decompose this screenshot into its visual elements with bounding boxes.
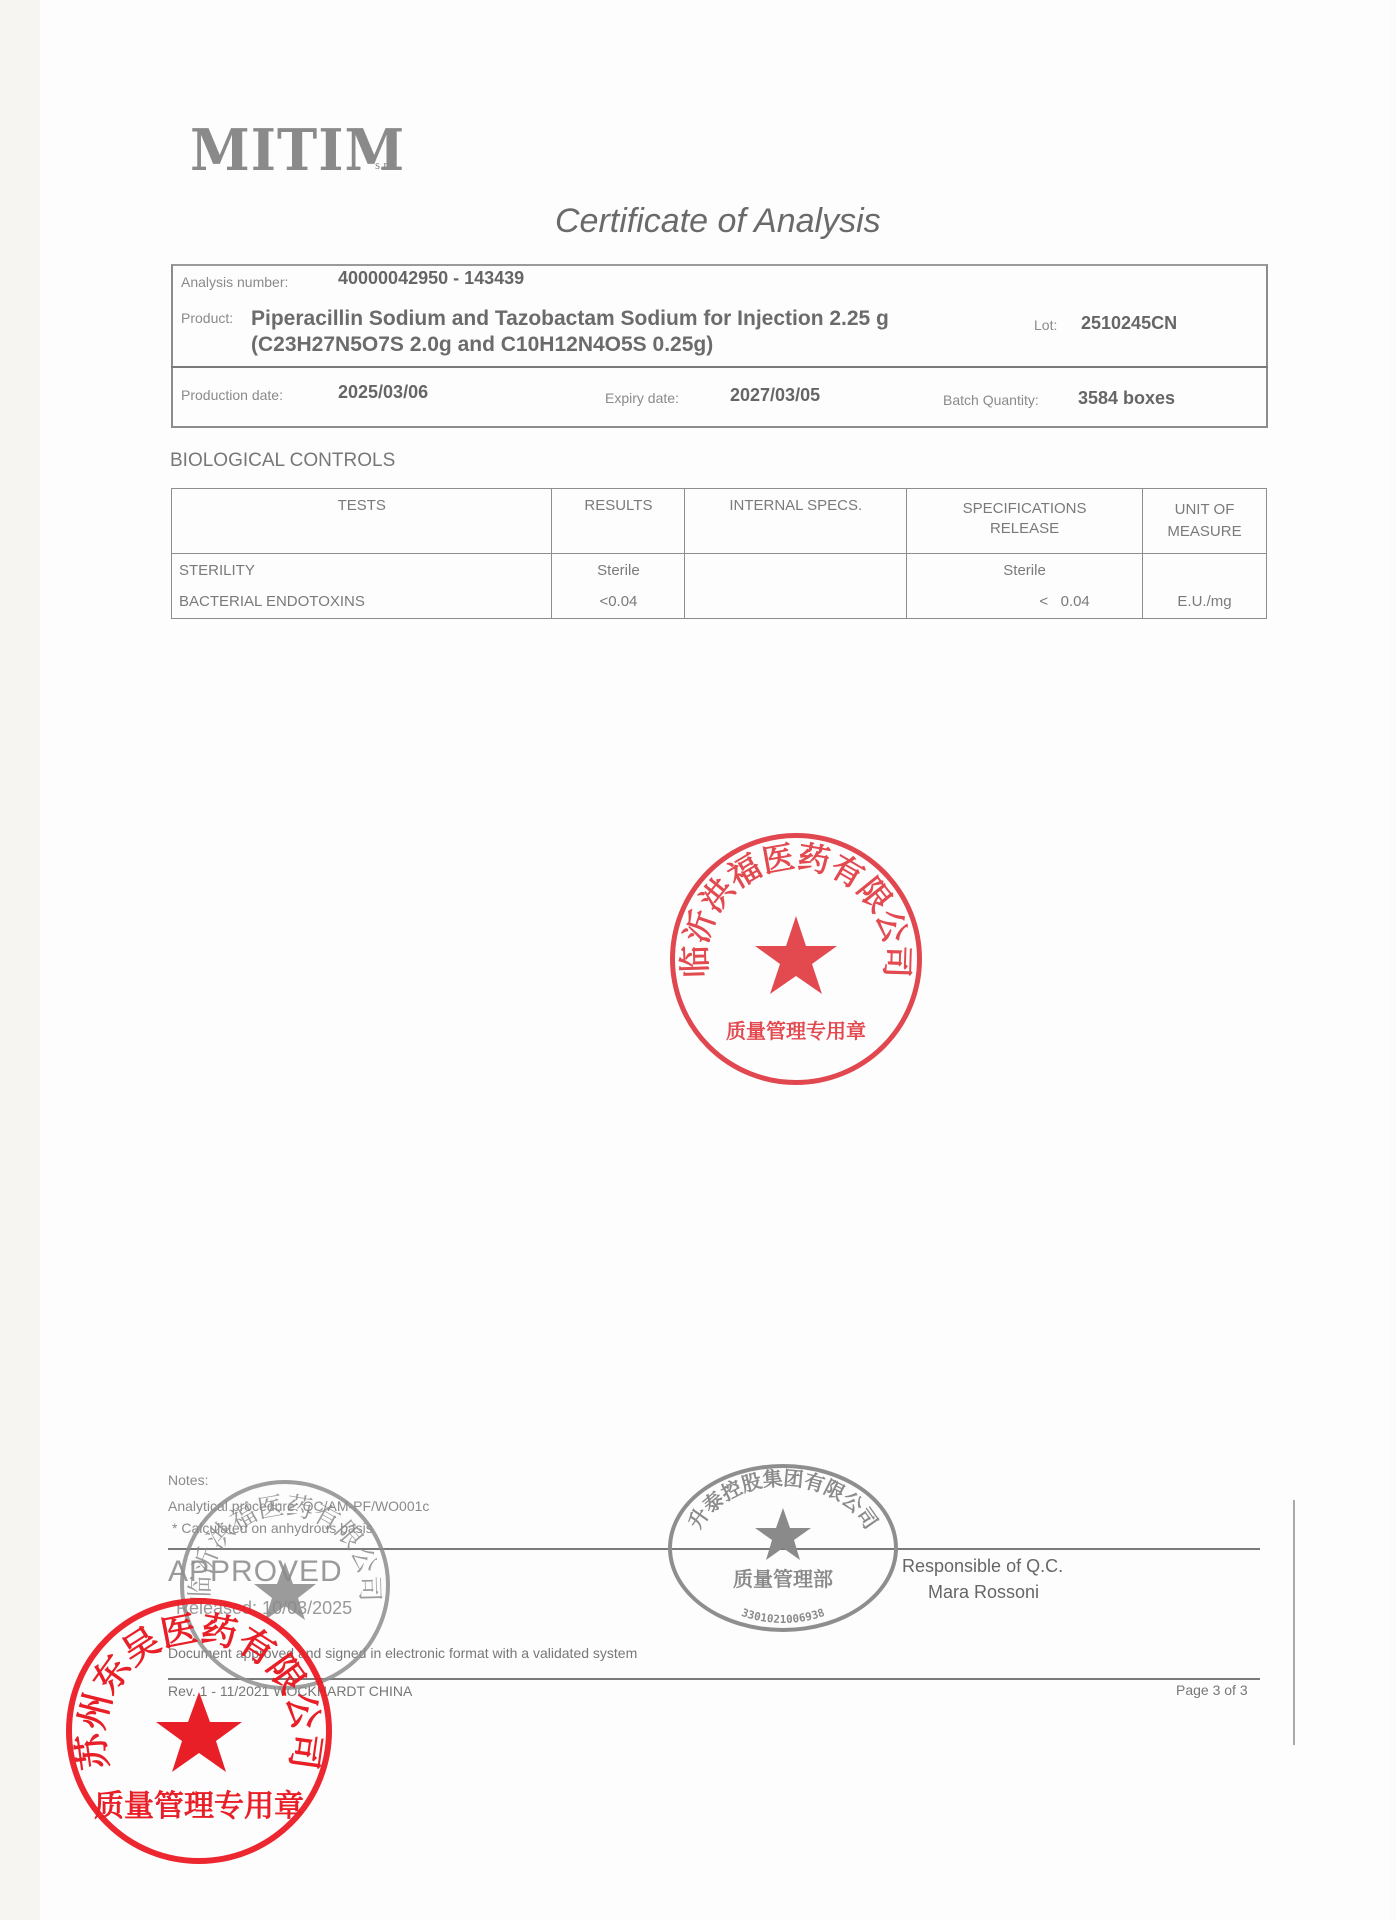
table-row: STERILITY BACTERIAL ENDOTOXINS Sterile <… [172,554,1267,619]
page-number: Page 3 of 3 [1176,1682,1248,1698]
test-name: STERILITY [179,555,550,586]
batch-quantity-label: Batch Quantity: [943,392,1039,408]
spec-release-value: < 0.04 [908,586,1141,617]
scan-edge [0,0,40,1920]
col-tests: TESTS [172,489,552,554]
expiry-date: 2027/03/05 [730,385,820,406]
seal-star-icon: 升泰控股集团有限公司 质量管理部 3301021006938 [672,1468,894,1628]
unit-value: E.U./mg [1144,586,1265,617]
svg-text:3301021006938: 3301021006938 [740,1606,827,1626]
lot-label: Lot: [1034,317,1057,333]
lot-number: 2510245CN [1081,313,1177,334]
seal-star-icon: 临沂洪福医药有限公司 质量管理专用章 [675,838,917,1080]
product-formula: (C23H27N5O7S 2.0g and C10H12N4O5S 0.25g) [251,332,713,358]
qc-department-seal: 升泰控股集团有限公司 质量管理部 3301021006938 [668,1464,898,1632]
batch-quantity: 3584 boxes [1078,388,1175,409]
seal-star-icon: 苏州东吴医药有限公司 质量管理专用章 [72,1604,326,1858]
product-name: Piperacillin Sodium and Tazobactam Sodiu… [251,306,889,332]
qc-role: Responsible of Q.C. [902,1556,1063,1577]
result-value: <0.04 [553,586,683,617]
result-value: Sterile [553,555,683,586]
document-title: Certificate of Analysis [555,202,881,241]
col-results: RESULTS [552,489,685,554]
svg-text:质量管理部: 质量管理部 [733,1567,833,1591]
distributor-seal: 苏州东吴医药有限公司 质量管理专用章 [66,1598,332,1864]
product-label: Product: [181,310,233,326]
analysis-number-label: Analysis number: [181,274,288,290]
expiry-date-label: Expiry date: [605,390,679,406]
spec-release-value: Sterile [908,555,1141,586]
svg-text:质量管理专用章: 质量管理专用章 [726,1019,866,1043]
box-divider [171,366,1268,368]
test-name: BACTERIAL ENDOTOXINS [179,586,550,617]
margin-line [1293,1500,1295,1745]
unit-value [1144,555,1265,586]
company-seal-center: 临沂洪福医药有限公司 质量管理专用章 [670,833,922,1085]
table-header-row: TESTS RESULTS INTERNAL SPECS. SPECIFICAT… [172,489,1267,554]
analysis-number: 40000042950 - 143439 [338,268,524,289]
production-date: 2025/03/06 [338,382,428,403]
section-title: BIOLOGICAL CONTROLS [170,450,395,472]
production-date-label: Production date: [181,387,283,403]
company-logo-suffix: s.r.l. [375,157,397,173]
col-spec-release: SPECIFICATIONS RELEASE [907,489,1143,554]
col-internal-specs: INTERNAL SPECS. [685,489,907,554]
svg-text:质量管理专用章: 质量管理专用章 [94,1789,304,1824]
internal-spec [686,586,905,617]
company-logo: MITIM [190,116,405,183]
qc-name: Mara Rossoni [928,1582,1039,1603]
biological-controls-table: TESTS RESULTS INTERNAL SPECS. SPECIFICAT… [171,488,1267,619]
internal-spec [686,555,905,586]
col-unit: UNIT OF MEASURE [1143,489,1267,554]
